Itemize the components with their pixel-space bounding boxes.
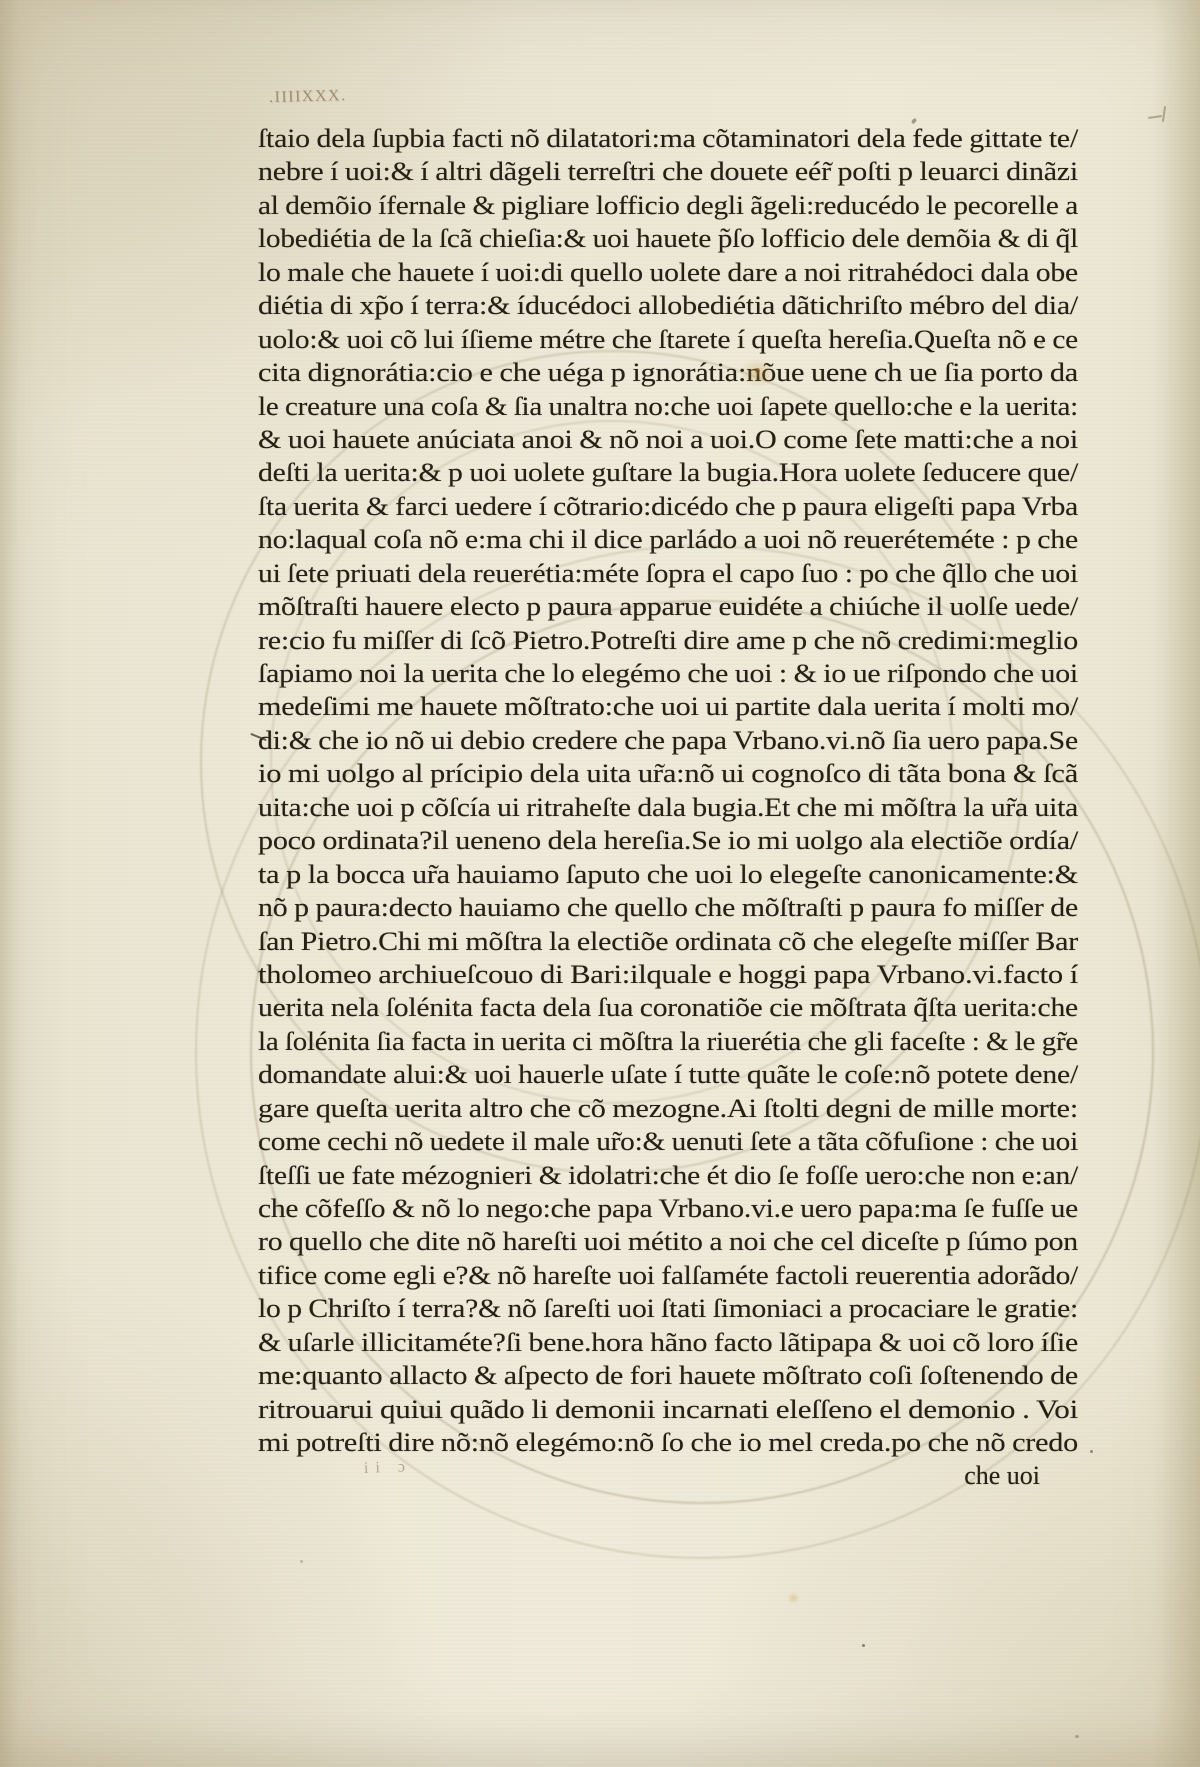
text-line: ui ſete priuati dela reuerétia:méte ſopr… bbox=[258, 557, 1078, 590]
paper-speck bbox=[862, 1644, 865, 1647]
text-line: medeſimi me hauete mõſtrato:che uoi ui p… bbox=[258, 690, 1078, 723]
text-line: uita:che uoi p cõſcía ui ritraheſte dala… bbox=[258, 791, 1078, 824]
text-line: lobediétia de la ſcã chieſia:& uoi hauet… bbox=[258, 222, 1078, 255]
text-line: come cechi nõ uedete il male ur̃o:& uenu… bbox=[258, 1125, 1078, 1158]
text-block: ſtaio dela ſupbia facti nõ dilatatori:ma… bbox=[258, 122, 1078, 1460]
text-line: io mi uolgo al prícipio dela uita ur̃a:n… bbox=[258, 757, 1078, 790]
text-line: al demõio ífernale & pigliare lofficio d… bbox=[258, 189, 1078, 222]
text-line: ro quello che dite nõ hareſti uoi métito… bbox=[258, 1225, 1078, 1258]
text-line: me:quanto allacto & aſpecto de fori haue… bbox=[258, 1359, 1078, 1392]
text-line: che cõfeſſo & nõ lo nego:che papa Vrbano… bbox=[258, 1192, 1078, 1225]
text-line: uolo:& uoi cõ lui íſieme métre che ſtare… bbox=[258, 323, 1078, 356]
text-line: ſan Pietro.Chi mi mõſtra la electiõe ord… bbox=[258, 925, 1078, 958]
text-line: lo p Chriſto í terra?& nõ ſareſti uoi ſt… bbox=[258, 1292, 1078, 1325]
paper-speck bbox=[787, 1592, 800, 1604]
text-line: ta p la bocca ur̃a hauiamo ſaputo che uo… bbox=[258, 858, 1078, 891]
text-line: diétia di xp̃o í terra:& íducédoci allob… bbox=[258, 289, 1078, 322]
text-line: ſta uerita & farci uedere í cõtrario:dic… bbox=[258, 490, 1078, 523]
paper-speck bbox=[1090, 1450, 1093, 1453]
text-line: mi potreſti dire nõ:nõ elegémo:nõ ſo che… bbox=[258, 1426, 1078, 1459]
text-line: la ſolénita ſia facta in uerita ci mõſtr… bbox=[258, 1025, 1078, 1058]
text-line: tholomeo archiueſcouo di Bari:ilquale e … bbox=[258, 958, 1078, 991]
paper-speck bbox=[300, 1560, 303, 1563]
text-line: no:laqual coſa nõ e:ma chi il dice parlá… bbox=[258, 523, 1078, 556]
text-line: deſti la uerita:& p uoi uolete guſtare l… bbox=[258, 456, 1078, 489]
text-line: ſapiamo noi la uerita che lo elegémo che… bbox=[258, 657, 1078, 690]
text-line: ſtaio dela ſupbia facti nõ dilatatori:ma… bbox=[258, 122, 1078, 155]
text-line: nebre í uoi:& í altri dãgeli terreſtri c… bbox=[258, 155, 1078, 188]
text-line: domandate alui:& uoi hauerle uſate í tut… bbox=[258, 1058, 1078, 1091]
text-line: & uoi hauete anúciata anoi & nõ noi a uo… bbox=[258, 423, 1078, 456]
signature-mark: ii ɔ bbox=[364, 1458, 413, 1478]
text-line: di:& che io nõ ui debio credere che papa… bbox=[258, 724, 1078, 757]
text-line: tifice come egli e?& nõ hareſte uoi falſ… bbox=[258, 1259, 1078, 1292]
folio-number-mark: .IIIIXXX. bbox=[269, 87, 347, 107]
text-line: re:cio fu miſſer di ſcõ Pietro.Potreſti … bbox=[258, 624, 1078, 657]
text-line: mõſtraſti hauere electo p paura apparue … bbox=[258, 590, 1078, 623]
text-line: & uſarle illicitaméte?ſi bene.hora hãno … bbox=[258, 1326, 1078, 1359]
book-page: .IIIIXXX. ſtaio dela ſupbia facti nõ dil… bbox=[0, 0, 1200, 1767]
text-line: nõ p paura:decto hauiamo che quello che … bbox=[258, 891, 1078, 924]
text-line: ſteſſi ue fate mézognieri & idolatri:che… bbox=[258, 1159, 1078, 1192]
paper-speck bbox=[1075, 1735, 1079, 1738]
right-margin-pen-mark bbox=[1148, 115, 1162, 119]
text-line: poco ordinata?il ueneno dela hereſia.Se … bbox=[258, 824, 1078, 857]
text-line: gare queſta uerita altro che cõ mezogne.… bbox=[258, 1092, 1078, 1125]
text-line: ritrouarui quiui quãdo li demonii incarn… bbox=[258, 1393, 1078, 1426]
text-line: uerita nela ſolénita facta dela ſua coro… bbox=[258, 991, 1078, 1024]
text-line: le creature una coſa & ſia unaltra no:ch… bbox=[258, 390, 1078, 423]
right-margin-pen-mark bbox=[1162, 106, 1166, 122]
text-line: lo male che hauete í uoi:di quello uolet… bbox=[258, 256, 1078, 289]
text-line: cita dignorátia:cio e che uéga p ignorát… bbox=[258, 356, 1078, 389]
